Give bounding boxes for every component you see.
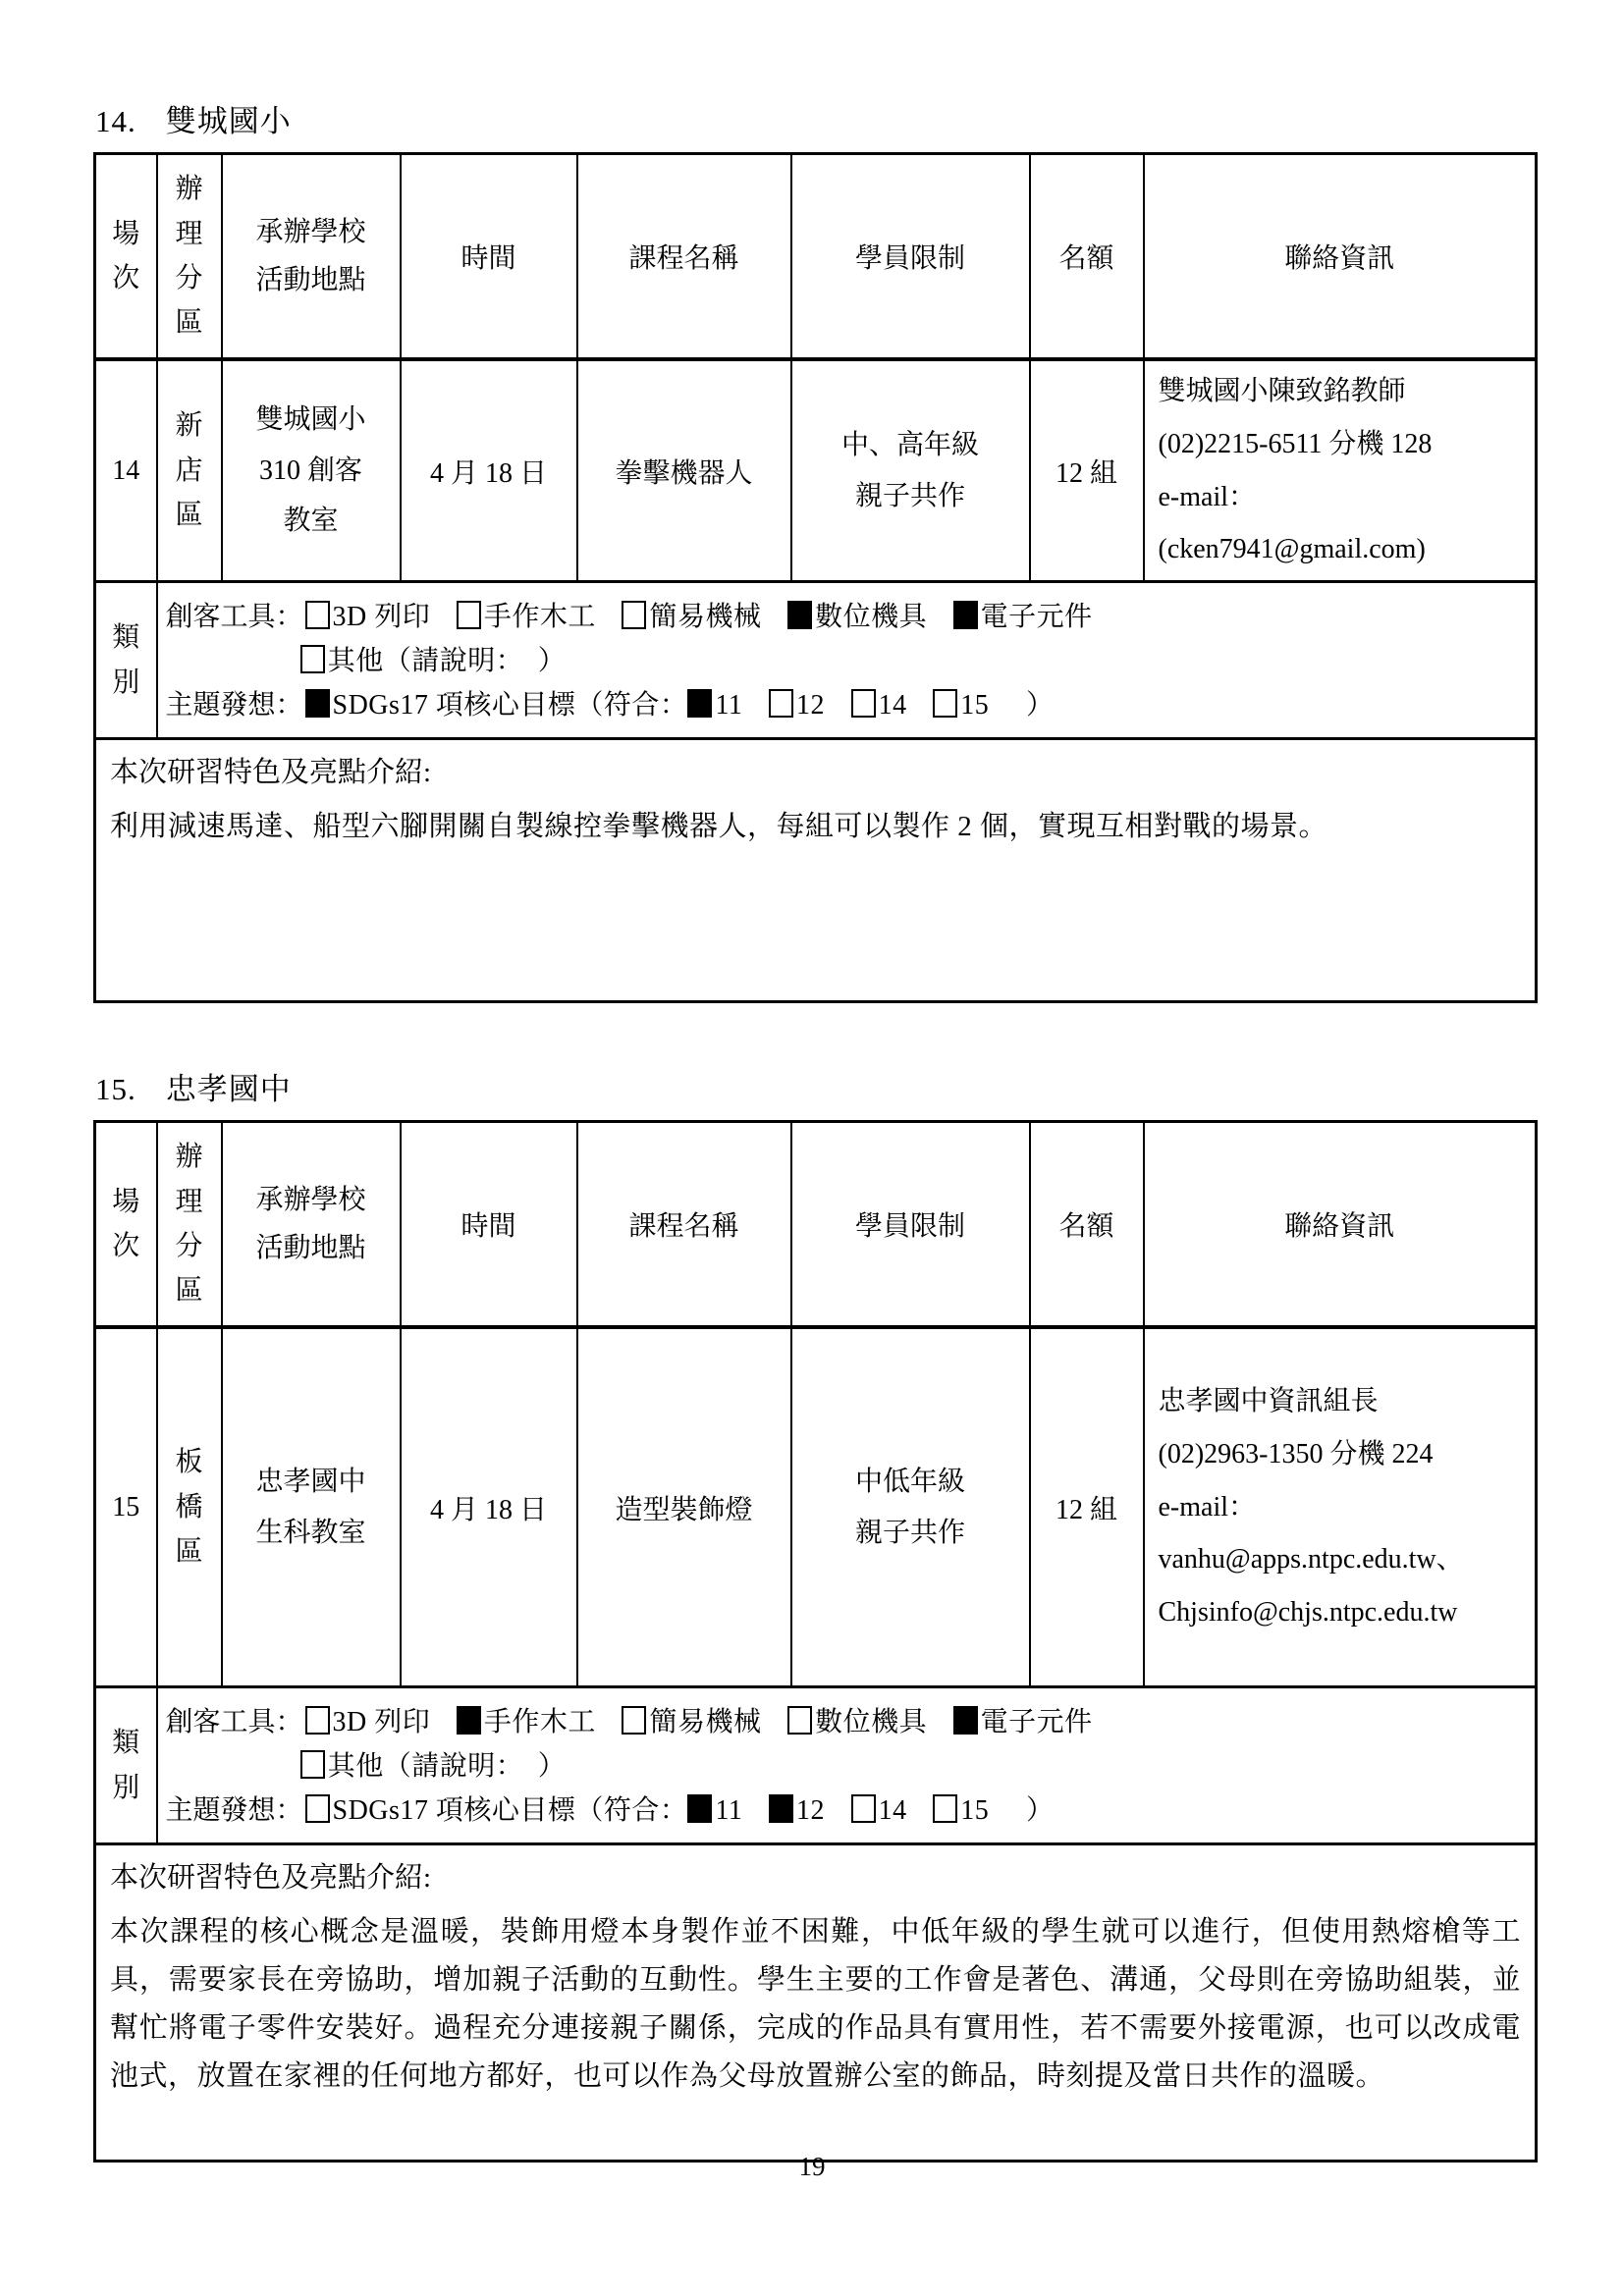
header-quota: 名額 [1030,1122,1144,1328]
category-body-cell: 創客工具：3D 列印手作木工簡易機械數位機具電子元件 其他（請說明： ） 主題發… [157,582,1537,739]
header-time: 時間 [401,1122,577,1328]
checkbox-simple-machine [622,1706,646,1735]
checkbox-electronics [953,601,978,629]
cell-session: 15 [95,1327,157,1687]
header-limit: 學員限制 [791,154,1030,360]
features-cell: 本次研習特色及亮點介紹: 利用減速馬達、船型六腳開關自製線控拳擊機器人，每組可以… [95,739,1537,1002]
header-session: 場次 [95,154,157,360]
sdg-target-option: 11 [687,690,742,721]
category-row: 類別 創客工具：3D 列印手作木工簡易機械數位機具電子元件 其他（請說明： ） … [95,582,1537,739]
features-heading: 本次研習特色及亮點介紹: [110,750,1521,795]
other-option-line: 其他（請說明： ） [166,645,1528,675]
checkbox-3d-print [305,601,330,629]
checkbox-woodwork [457,601,481,629]
cell-course: 造型裝飾燈 [577,1327,791,1687]
checkbox-digital-machine [787,601,812,629]
category-row: 類別 創客工具：3D 列印手作木工簡易機械數位機具電子元件 其他（請說明： ） … [95,1687,1537,1844]
tool-option: 電子元件 [953,602,1093,632]
cell-course: 拳擊機器人 [577,359,791,582]
checkbox-sdg-15 [933,689,957,718]
checkbox-electronics [953,1706,978,1735]
other-option-line: 其他（請說明： ） [166,1750,1528,1781]
tool-option: 簡易機械 [622,602,761,632]
checkbox-simple-machine [622,601,646,629]
cell-quota: 12 組 [1030,359,1144,582]
category-label-cell: 類別 [95,1687,157,1844]
cell-limit: 中低年級親子共作 [791,1327,1030,1687]
sdgs-close-paren: ） [1026,1795,1055,1826]
header-district: 辦理分區 [157,1122,222,1328]
header-district: 辦理分區 [157,154,222,360]
tool-option: 電子元件 [953,1707,1093,1737]
category-label-cell: 類別 [95,582,157,739]
theme-line: 主題發想：SDGs17 項核心目標（符合：11121415） [166,1794,1528,1825]
section-title-14: 14.雙城國小 [95,96,1538,140]
cell-time: 4 月 18 日 [401,359,577,582]
checkbox-sdg-12 [769,1794,793,1823]
session-table-15: 場次 辦理分區 承辦學校活動地點 時間 課程名稱 學員限制 名額 聯絡資訊 15… [93,1120,1538,2163]
checkbox-sdgs [305,1794,330,1823]
checkbox-sdg-14 [851,689,876,718]
page-number: 19 [0,2152,1624,2182]
cell-contact: 雙城國小陳致銘教師(02)2215-6511 分機 128e-mail：(cke… [1144,359,1537,582]
table-header-row: 場次 辦理分區 承辦學校活動地點 時間 課程名稱 學員限制 名額 聯絡資訊 [95,1122,1537,1328]
sdg-target-option: 11 [687,1795,742,1826]
section-gap [93,1003,1538,1064]
tool-option-other: 其他（請說明： ） [300,1751,567,1782]
sdgs-close-paren: ） [1026,690,1055,721]
cell-location: 忠孝國中生科教室 [222,1327,401,1687]
header-time: 時間 [401,154,577,360]
cell-session: 14 [95,359,157,582]
sdg-target-option: 12 [769,1795,825,1826]
sdg-target-option: 12 [769,690,825,721]
tool-option: 3D 列印 [305,602,431,632]
features-body: 利用減速馬達、船型六腳開關自製線控拳擊機器人，每組可以製作 2 個，實現互相對戰… [110,803,1521,851]
header-quota: 名額 [1030,154,1144,360]
header-contact: 聯絡資訊 [1144,154,1537,360]
cell-time: 4 月 18 日 [401,1327,577,1687]
features-row: 本次研習特色及亮點介紹: 本次課程的核心概念是溫暖，裝飾用燈本身製作並不困難，中… [95,1844,1537,2162]
features-row: 本次研習特色及亮點介紹: 利用減速馬達、船型六腳開關自製線控拳擊機器人，每組可以… [95,739,1537,1002]
cell-quota: 12 組 [1030,1327,1144,1687]
table-header-row: 場次 辦理分區 承辦學校活動地點 時間 課程名稱 學員限制 名額 聯絡資訊 [95,154,1537,360]
category-body-cell: 創客工具：3D 列印手作木工簡易機械數位機具電子元件 其他（請說明： ） 主題發… [157,1687,1537,1844]
checkbox-3d-print [305,1706,330,1735]
cell-limit: 中、高年級親子共作 [791,359,1030,582]
tool-option: 3D 列印 [305,1707,431,1737]
tool-option: 數位機具 [787,602,927,632]
tool-option: 手作木工 [457,602,596,632]
table-row: 14 新店區 雙城國小310 創客教室 4 月 18 日 拳擊機器人 中、高年級… [95,359,1537,582]
sdg-target-option: 15 [933,690,989,721]
header-course: 課程名稱 [577,154,791,360]
checkbox-woodwork [457,1706,481,1735]
document-page: 14.雙城國小 場次 辦理分區 承辦學校活動地點 時間 課程名稱 學員限制 名額… [0,0,1624,2296]
maker-tools-line: 創客工具：3D 列印手作木工簡易機械數位機具電子元件 [166,601,1528,631]
checkbox-sdg-11 [687,689,712,718]
tool-option: 手作木工 [457,1707,596,1737]
header-location: 承辦學校活動地點 [222,154,401,360]
section-number: 14. [95,104,136,139]
checkbox-other [300,1750,325,1779]
features-cell: 本次研習特色及亮點介紹: 本次課程的核心概念是溫暖，裝飾用燈本身製作並不困難，中… [95,1844,1537,2162]
tool-option: 數位機具 [787,1707,927,1737]
header-limit: 學員限制 [791,1122,1030,1328]
header-location: 承辦學校活動地點 [222,1122,401,1328]
sdg-target-option: 14 [851,1795,907,1826]
sdgs-option: SDGs17 項核心目標（符合： [305,1795,688,1826]
maker-tools-line: 創客工具：3D 列印手作木工簡易機械數位機具電子元件 [166,1706,1528,1736]
cell-location: 雙城國小310 創客教室 [222,359,401,582]
checkbox-sdg-15 [933,1794,957,1823]
theme-label: 主題發想： [166,690,303,721]
page-content: 14.雙城國小 場次 辦理分區 承辦學校活動地點 時間 課程名稱 學員限制 名額… [93,96,1538,2163]
theme-line: 主題發想：SDGs17 項核心目標（符合：11121415） [166,689,1528,720]
cell-district: 新店區 [157,359,222,582]
cell-contact: 忠孝國中資訊組長(02)2963-1350 分機 224e-mail：vanhu… [1144,1327,1537,1687]
cell-district: 板橋區 [157,1327,222,1687]
section-title-15: 15.忠孝國中 [95,1064,1538,1108]
section-number: 15. [95,1072,136,1107]
checkbox-sdg-14 [851,1794,876,1823]
sdgs-option: SDGs17 項核心目標（符合： [305,690,688,721]
checkbox-sdgs [305,689,330,718]
school-name: 忠孝國中 [166,1072,292,1106]
header-course: 課程名稱 [577,1122,791,1328]
checkbox-sdg-12 [769,689,793,718]
header-session: 場次 [95,1122,157,1328]
table-row: 15 板橋區 忠孝國中生科教室 4 月 18 日 造型裝飾燈 中低年級親子共作 … [95,1327,1537,1687]
sdg-target-option: 14 [851,690,907,721]
tool-option-other: 其他（請說明： ） [300,646,567,676]
maker-tools-label: 創客工具： [166,1707,303,1737]
session-table-14: 場次 辦理分區 承辦學校活動地點 時間 課程名稱 學員限制 名額 聯絡資訊 14… [93,152,1538,1003]
checkbox-digital-machine [787,1706,812,1735]
school-name: 雙城國小 [166,104,292,138]
sdg-target-option: 15 [933,1795,989,1826]
features-heading: 本次研習特色及亮點介紹: [110,1855,1521,1900]
checkbox-other [300,645,325,673]
theme-label: 主題發想： [166,1795,303,1826]
header-contact: 聯絡資訊 [1144,1122,1537,1328]
tool-option: 簡易機械 [622,1707,761,1737]
checkbox-sdg-11 [687,1794,712,1823]
maker-tools-label: 創客工具： [166,602,303,632]
features-body: 本次課程的核心概念是溫暖，裝飾用燈本身製作並不困難，中低年級的學生就可以進行，但… [110,1908,1521,2100]
